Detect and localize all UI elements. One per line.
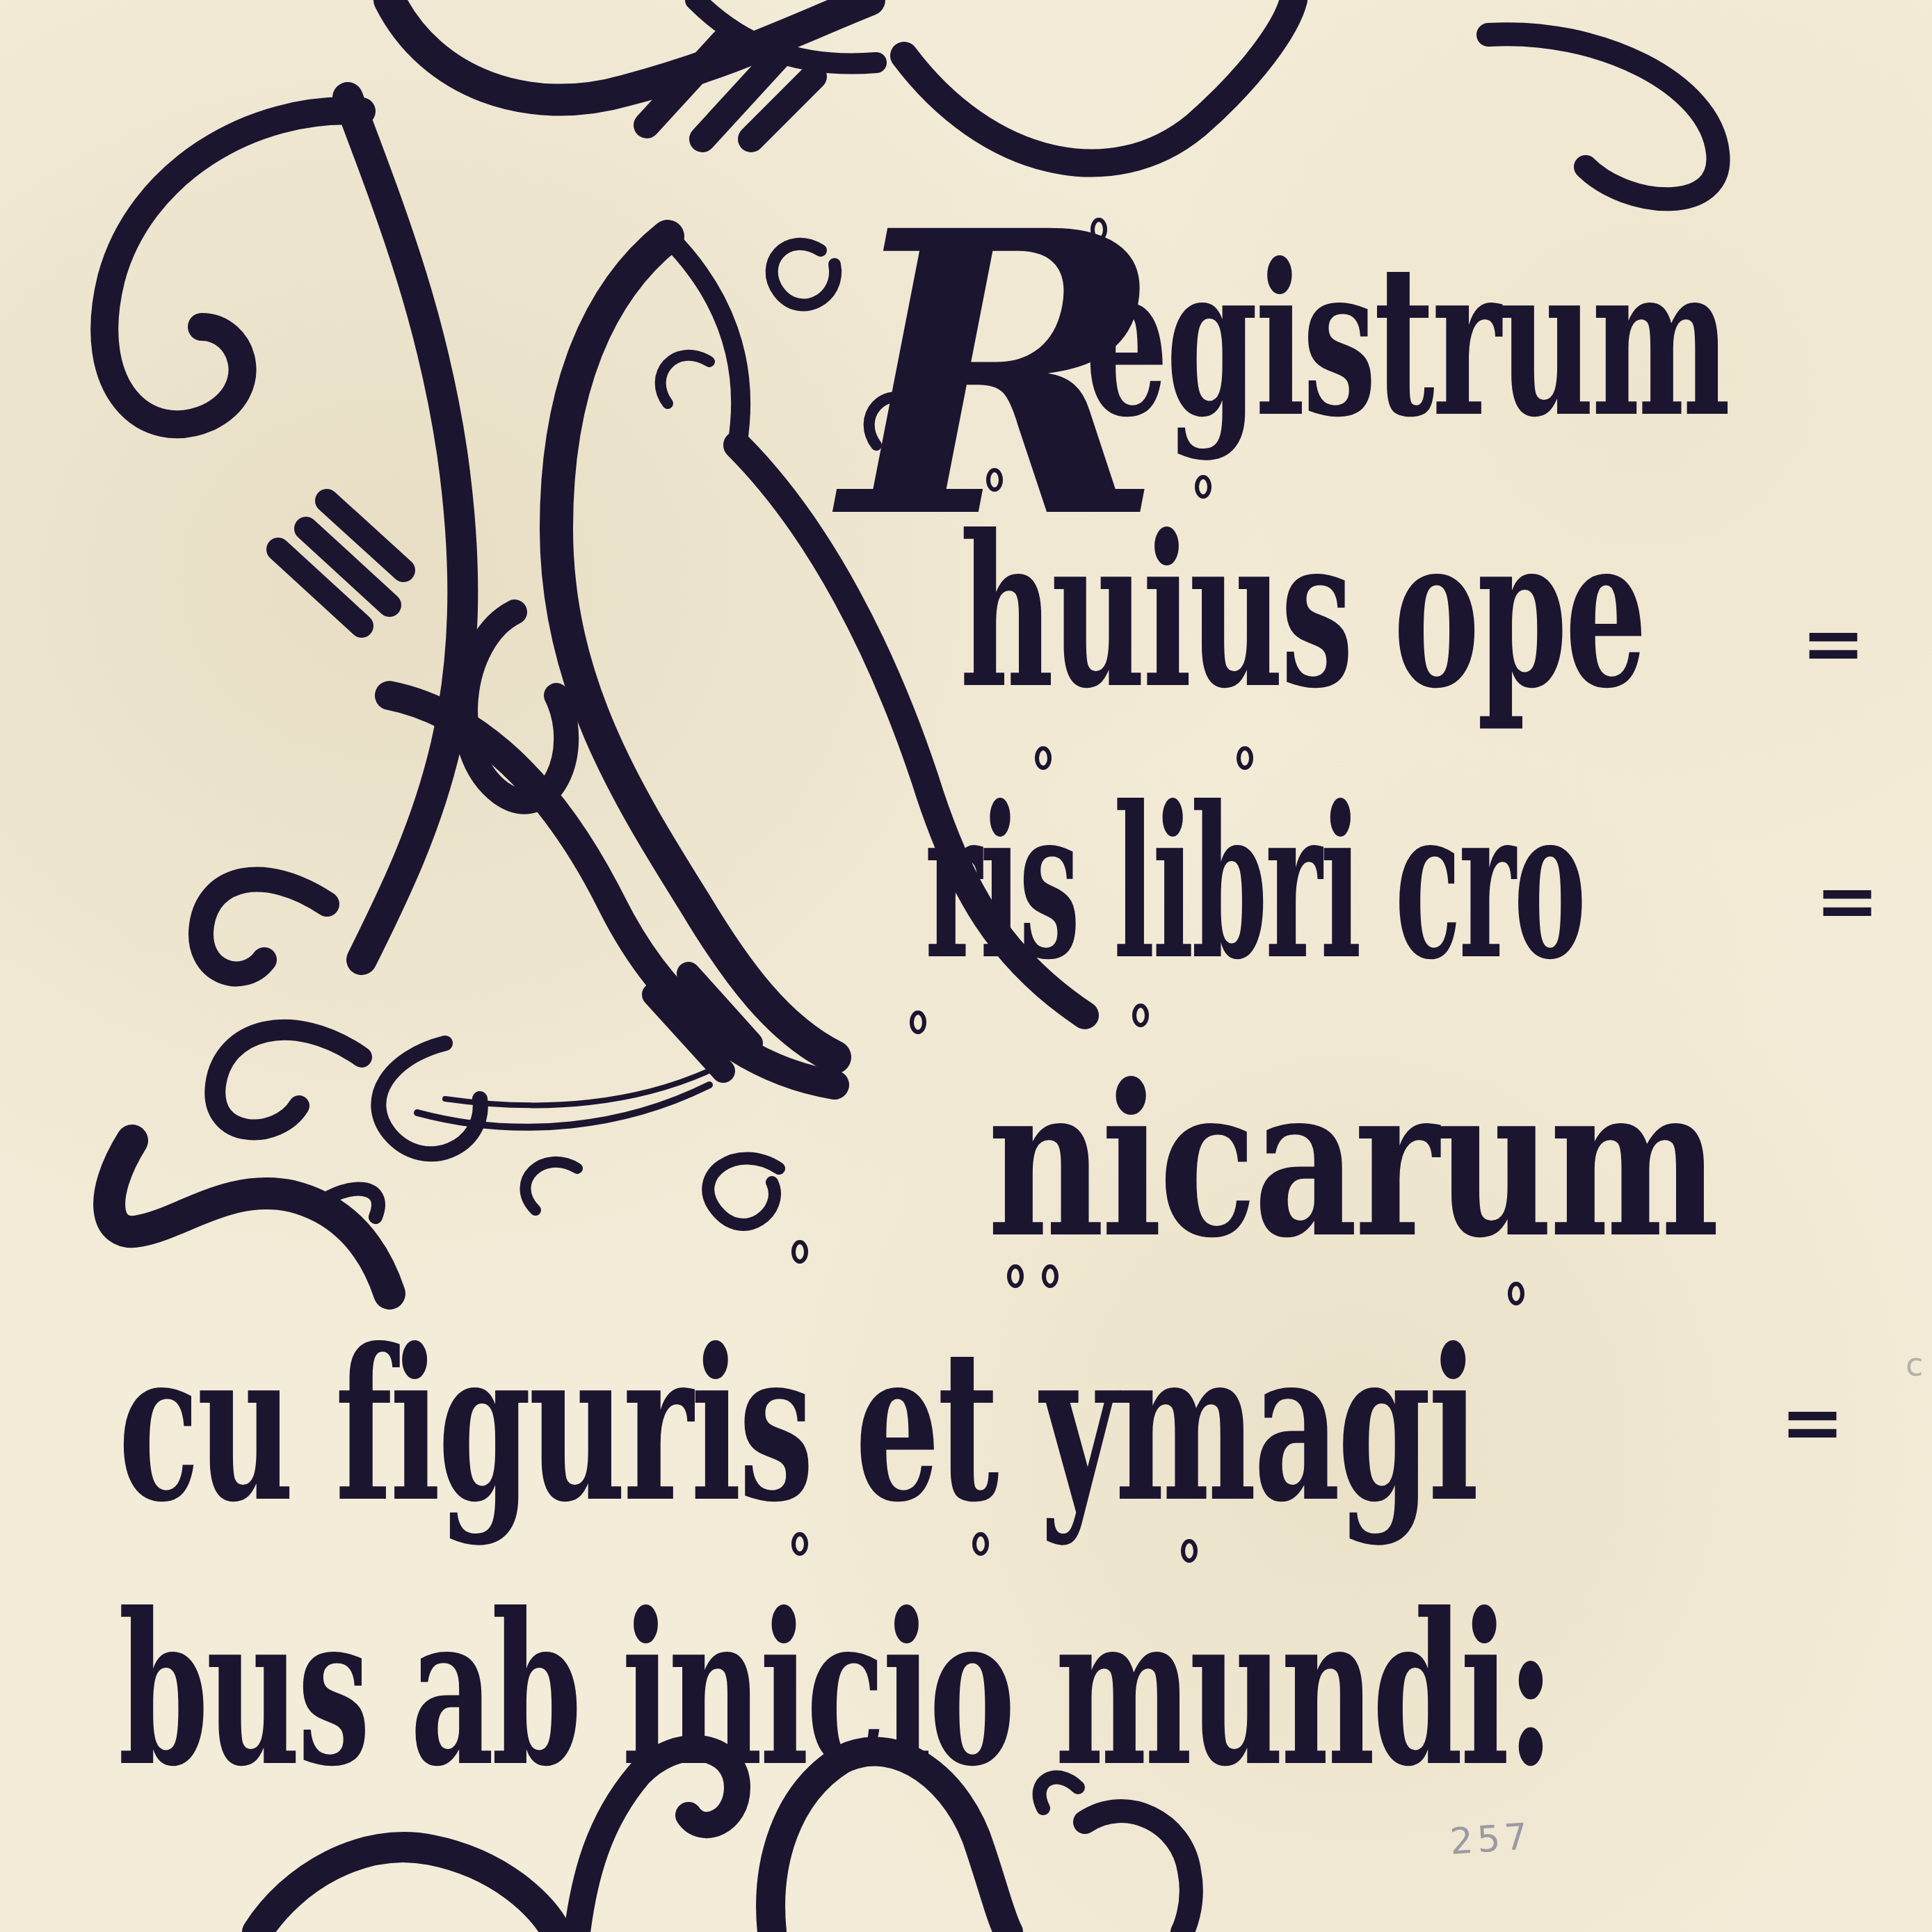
- title-line-1: egistrum: [1085, 236, 1728, 445]
- title-line-6: bus ab inicio mundi:: [118, 1586, 1552, 1794]
- title-line-3: ris libri cro: [925, 779, 1584, 988]
- line-2-hyphen-mark: =: [1801, 605, 1865, 682]
- title-line-2: huius ope: [960, 508, 1645, 716]
- line-5-hyphen-mark: =: [1780, 1384, 1844, 1460]
- line-3-hyphen-mark: =: [1815, 862, 1879, 939]
- margin-pencil-mark: c: [1906, 1346, 1923, 1383]
- title-line-5: cu figuris et ymagi: [118, 1321, 1476, 1530]
- title-line-4: nicarum: [988, 1057, 1716, 1266]
- manuscript-page: R egistrum huius ope = ris libri cro = n…: [0, 0, 1932, 1932]
- pencil-page-number: 257: [1449, 1816, 1533, 1863]
